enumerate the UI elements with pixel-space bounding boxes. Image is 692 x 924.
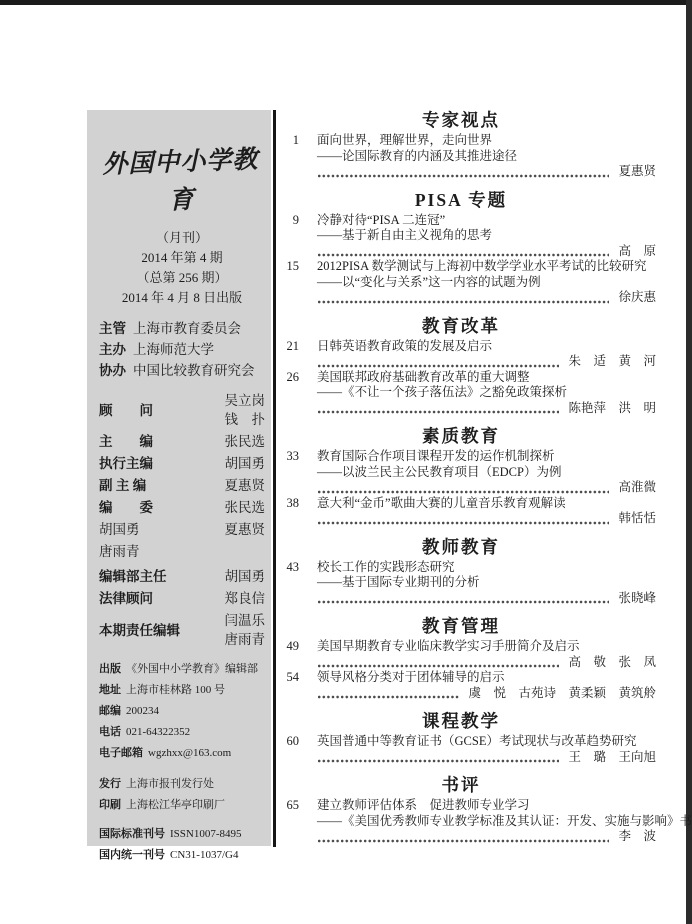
staff-name: 吴立岗	[225, 391, 266, 410]
toc-item: 49美国早期教育专业临床教学实习手册简介及启示高 敬 张 凤	[286, 639, 682, 670]
toc-section-heading: 素质教育	[286, 427, 636, 446]
staff-name: 胡国勇	[225, 454, 266, 473]
staff-names: 胡国勇	[225, 454, 266, 473]
toc-page-number: 33	[286, 449, 299, 465]
staff-names: 夏惠贤	[225, 476, 266, 495]
organizer-label: 协办	[99, 360, 126, 381]
dotted-leader	[318, 294, 609, 304]
organizer-row: 协办中国比较教育研究会	[99, 360, 265, 381]
publishing-row-label: 电子邮箱	[99, 743, 143, 764]
toc-author-row: 徐庆惠	[317, 290, 682, 306]
toc-page-number: 38	[286, 496, 299, 512]
toc-item: 9冷静对待“PISA 二连冠”——基于新自由主义视角的思考高 原	[286, 213, 682, 260]
toc-page-number: 60	[286, 734, 299, 750]
staff-name: 钱 扑	[225, 410, 266, 429]
staff-names: 闫温乐唐雨青	[225, 611, 266, 649]
toc-section: 专家视点1面向世界，理解世界，走向世界——论国际教育的内涵及其推进途径夏惠贤	[286, 111, 682, 180]
toc-item-authors: 陈艳萍 洪 明	[568, 401, 656, 417]
staff-list: 顾 问吴立岗钱 扑主 编张民选执行主编胡国勇副 主 编夏惠贤编 委张民选胡国勇夏…	[99, 391, 265, 649]
publishing-list: 出版《外国中小学教育》编辑部地址上海市桂林路 100 号邮编200234电话02…	[99, 659, 265, 764]
toc-section-heading: 书评	[286, 776, 636, 795]
toc-item: 152012PISA 数学测试与上海初中数学学业水平考试的比较研究——以“变化与…	[286, 259, 682, 306]
journal-title-calligraphy: 外国中小学教育	[98, 141, 265, 223]
staff-name: 闫温乐	[225, 611, 266, 630]
toc-author-row: 虞 悦 古苑诗 黄柔颖 黄筑舲	[317, 686, 682, 702]
organizer-row: 主管上海市教育委员会	[99, 318, 265, 339]
dotted-leader	[318, 404, 559, 414]
staff-name: 张民选	[225, 432, 266, 451]
staff-name: 夏惠贤	[225, 520, 266, 539]
toc-section-heading: 专家视点	[286, 111, 636, 130]
staff-names: 张民选	[225, 498, 266, 517]
publishing-row-value: 上海市桂林路 100 号	[126, 680, 225, 701]
toc-item-subtitle: ——《不让一个孩子落伍法》之豁免政策探析	[317, 385, 682, 401]
toc-page-number: 43	[286, 560, 299, 576]
toc-author-row: 张晓峰	[317, 591, 682, 607]
staff-role-label: 编辑部主任	[99, 567, 167, 586]
toc-author-row: 高 原	[317, 244, 682, 260]
toc-item-title: 英国普通中等教育证书（GCSE）考试现状与改革趋势研究	[317, 734, 682, 750]
distribution-row-value: 上海松江华亭印刷厂	[126, 795, 225, 816]
staff-row: 主 编张民选	[99, 432, 265, 451]
publishing-row: 电话021-64322352	[99, 722, 265, 743]
toc-item-authors: 徐庆惠	[618, 290, 656, 306]
toc-author-row: 王 璐 王向旭	[317, 750, 682, 766]
toc-item-title: 教育国际合作项目课程开发的运作机制探析	[317, 449, 682, 465]
staff-role-label: 胡国勇	[99, 520, 140, 539]
staff-row: 编辑部主任胡国勇	[99, 567, 265, 586]
toc-item-subtitle: ——以波兰民主公民教育项目（EDCP）为例	[317, 465, 682, 481]
table-of-contents: 专家视点1面向世界，理解世界，走向世界——论国际教育的内涵及其推进途径夏惠贤PI…	[286, 111, 682, 845]
staff-row: 唐雨青	[99, 542, 265, 561]
toc-author-row: 韩恬恬	[317, 511, 682, 527]
toc-author-row: 夏惠贤	[317, 164, 682, 180]
toc-item-authors: 张晓峰	[618, 591, 656, 607]
toc-item-authors: 李 波	[618, 829, 656, 845]
staff-row: 编 委张民选	[99, 498, 265, 517]
distribution-row-label: 印刷	[99, 795, 121, 816]
toc-item-subtitle: ——基于国际专业期刊的分析	[317, 575, 682, 591]
organizer-value: 上海师范大学	[133, 339, 214, 360]
staff-names: 张民选	[225, 432, 266, 451]
distribution-row-label: 发行	[99, 774, 121, 795]
staff-name: 郑良信	[225, 589, 266, 608]
toc-item: 21日韩英语教育政策的发展及启示朱 适 黄 河	[286, 339, 682, 370]
toc-item-title: 美国联邦政府基础教育改革的重大调整	[317, 370, 682, 386]
toc-item-subtitle: ——《美国优秀教师专业教学标准及其认证：开发、实施与影响》书评	[317, 814, 682, 830]
publishing-row-value: 200234	[126, 701, 159, 722]
dotted-leader	[318, 594, 609, 604]
organizer-value: 上海市教育委员会	[133, 318, 241, 339]
page-right-border	[686, 0, 692, 924]
toc-item-title: 领导风格分类对于团体辅导的启示	[317, 670, 682, 686]
staff-name: 张民选	[225, 498, 266, 517]
toc-author-row: 陈艳萍 洪 明	[317, 401, 682, 417]
toc-item-authors: 虞 悦 古苑诗 黄柔颖 黄筑舲	[468, 686, 656, 702]
toc-item-authors: 王 璐 王向旭	[568, 750, 656, 766]
serial-number-row-label: 国内统一刊号	[99, 845, 165, 866]
serial-number-row: 国际标准刊号ISSN1007-8495	[99, 824, 265, 845]
toc-item: 38意大利“金币”歌曲大赛的儿童音乐教育观解读韩恬恬	[286, 496, 682, 527]
organizer-row: 主办上海师范大学	[99, 339, 265, 360]
toc-section-heading: 课程教学	[286, 712, 636, 731]
toc-item-title: 意大利“金币”歌曲大赛的儿童音乐教育观解读	[317, 496, 682, 512]
issue-info: （月刊） 2014 年第 4 期 （总第 256 期） 2014 年 4 月 8…	[99, 228, 265, 308]
toc-item: 65建立教师评估体系 促进教师专业学习——《美国优秀教师专业教学标准及其认证：开…	[286, 798, 682, 845]
toc-author-row: 李 波	[317, 829, 682, 845]
publishing-row: 邮编200234	[99, 701, 265, 722]
toc-page-number: 21	[286, 339, 299, 355]
organizer-label: 主办	[99, 339, 126, 360]
distribution-row: 发行上海市报刊发行处	[99, 774, 265, 795]
toc-section: 教育改革21日韩英语教育政策的发展及启示朱 适 黄 河26美国联邦政府基础教育改…	[286, 317, 682, 417]
publishing-row: 出版《外国中小学教育》编辑部	[99, 659, 265, 680]
dotted-leader	[318, 689, 459, 699]
dotted-leader	[318, 484, 609, 494]
organizer-label: 主管	[99, 318, 126, 339]
issue-number: 2014 年第 4 期	[99, 248, 265, 268]
staff-role-label: 顾 问	[99, 401, 153, 420]
toc-item: 43校长工作的实践形态研究——基于国际专业期刊的分析张晓峰	[286, 560, 682, 607]
staff-names: 夏惠贤	[225, 520, 266, 539]
staff-role-label: 编 委	[99, 498, 153, 517]
publishing-row: 地址上海市桂林路 100 号	[99, 680, 265, 701]
toc-page-number: 15	[286, 259, 299, 275]
toc-item-subtitle: ——基于新自由主义视角的思考	[317, 228, 682, 244]
toc-section-heading: PISA 专题	[286, 191, 636, 210]
toc-item: 1面向世界，理解世界，走向世界——论国际教育的内涵及其推进途径夏惠贤	[286, 133, 682, 180]
publishing-row: 电子邮箱wgzhxx@163.com	[99, 743, 265, 764]
dotted-leader	[318, 168, 609, 178]
publishing-row-label: 邮编	[99, 701, 121, 722]
toc-section: 课程教学60英国普通中等教育证书（GCSE）考试现状与改革趋势研究王 璐 王向旭	[286, 712, 682, 765]
toc-item-title: 建立教师评估体系 促进教师专业学习	[317, 798, 682, 814]
dotted-leader	[318, 515, 609, 525]
publishing-row-value: 《外国中小学教育》编辑部	[126, 659, 258, 680]
serial-number-row-value: ISSN1007-8495	[170, 824, 242, 845]
dotted-leader	[318, 247, 609, 257]
publishing-row-value: wgzhxx@163.com	[148, 743, 231, 764]
toc-page-number: 54	[286, 670, 299, 686]
distribution-list: 发行上海市报刊发行处印刷上海松江华亭印刷厂	[99, 774, 265, 816]
toc-section: 书评65建立教师评估体系 促进教师专业学习——《美国优秀教师专业教学标准及其认证…	[286, 776, 682, 845]
toc-section: 教育管理49美国早期教育专业临床教学实习手册简介及启示高 敬 张 凤54领导风格…	[286, 617, 682, 701]
toc-item-authors: 高 敬 张 凤	[568, 655, 656, 671]
toc-section: 素质教育33教育国际合作项目课程开发的运作机制探析——以波兰民主公民教育项目（E…	[286, 427, 682, 527]
toc-author-row: 高淮微	[317, 480, 682, 496]
toc-item-title: 日韩英语教育政策的发展及启示	[317, 339, 682, 355]
publishing-row-label: 出版	[99, 659, 121, 680]
toc-page-number: 1	[286, 133, 299, 149]
toc-item: 54领导风格分类对于团体辅导的启示虞 悦 古苑诗 黄柔颖 黄筑舲	[286, 670, 682, 701]
staff-row: 执行主编胡国勇	[99, 454, 265, 473]
serial-number-list: 国际标准刊号ISSN1007-8495国内统一刊号CN31-1037/G4	[99, 824, 265, 866]
journal-contents-page: { "page": { "top_border_color": "#1b1b1b…	[0, 0, 692, 924]
organizer-value: 中国比较教育研究会	[133, 360, 255, 381]
toc-author-row: 朱 适 黄 河	[317, 354, 682, 370]
dotted-leader	[318, 753, 559, 763]
staff-name: 唐雨青	[225, 630, 266, 649]
toc-item-authors: 高淮微	[618, 480, 656, 496]
toc-item: 26美国联邦政府基础教育改革的重大调整——《不让一个孩子落伍法》之豁免政策探析陈…	[286, 370, 682, 417]
toc-page-number: 65	[286, 798, 299, 814]
serial-number-row-value: CN31-1037/G4	[170, 845, 238, 866]
toc-item-title: 校长工作的实践形态研究	[317, 560, 682, 576]
toc-item-authors: 朱 适 黄 河	[568, 354, 656, 370]
toc-item-authors: 韩恬恬	[618, 511, 656, 527]
publishing-row-label: 电话	[99, 722, 121, 743]
toc-item-title: 美国早期教育专业临床教学实习手册简介及启示	[317, 639, 682, 655]
distribution-row: 印刷上海松江华亭印刷厂	[99, 795, 265, 816]
dotted-leader	[318, 658, 559, 668]
toc-page-number: 26	[286, 370, 299, 386]
toc-section: 教师教育43校长工作的实践形态研究——基于国际专业期刊的分析张晓峰	[286, 538, 682, 607]
toc-author-row: 高 敬 张 凤	[317, 655, 682, 671]
publication-date: 2014 年 4 月 8 日出版	[99, 288, 265, 308]
dotted-leader	[318, 358, 559, 368]
publishing-row-label: 地址	[99, 680, 121, 701]
toc-item-title: 面向世界，理解世界，走向世界	[317, 133, 682, 149]
cumulative-number: （总第 256 期）	[99, 268, 265, 288]
organizer-list: 主管上海市教育委员会主办上海师范大学协办中国比较教育研究会	[99, 318, 265, 381]
staff-row: 胡国勇夏惠贤	[99, 520, 265, 539]
staff-role-label: 执行主编	[99, 454, 153, 473]
masthead-panel: 外国中小学教育 （月刊） 2014 年第 4 期 （总第 256 期） 2014…	[87, 110, 271, 846]
staff-names: 胡国勇	[225, 567, 266, 586]
toc-section-heading: 教师教育	[286, 538, 636, 557]
staff-row: 顾 问吴立岗钱 扑	[99, 391, 265, 429]
staff-name: 胡国勇	[225, 567, 266, 586]
toc-page-number: 49	[286, 639, 299, 655]
toc-item-subtitle: ——论国际教育的内涵及其推进途径	[317, 149, 682, 165]
distribution-row-value: 上海市报刊发行处	[126, 774, 214, 795]
toc-item-authors: 高 原	[618, 244, 656, 260]
staff-row: 本期责任编辑闫温乐唐雨青	[99, 611, 265, 649]
staff-role-label: 副 主 编	[99, 476, 146, 495]
serial-number-row-label: 国际标准刊号	[99, 824, 165, 845]
toc-item-title: 冷静对待“PISA 二连冠”	[317, 213, 682, 229]
toc-section: PISA 专题9冷静对待“PISA 二连冠”——基于新自由主义视角的思考高 原1…	[286, 191, 682, 306]
staff-role-label: 法律顾问	[99, 589, 153, 608]
publishing-row-value: 021-64322352	[126, 722, 190, 743]
toc-item: 33教育国际合作项目课程开发的运作机制探析——以波兰民主公民教育项目（EDCP）…	[286, 449, 682, 496]
staff-names: 吴立岗钱 扑	[225, 391, 266, 429]
staff-role-label: 本期责任编辑	[99, 621, 180, 640]
staff-role-label: 主 编	[99, 432, 153, 451]
serial-number-row: 国内统一刊号CN31-1037/G4	[99, 845, 265, 866]
staff-row: 副 主 编夏惠贤	[99, 476, 265, 495]
toc-page-number: 9	[286, 213, 299, 229]
toc-item-title: 2012PISA 数学测试与上海初中数学学业水平考试的比较研究	[317, 259, 682, 275]
toc-item: 60英国普通中等教育证书（GCSE）考试现状与改革趋势研究王 璐 王向旭	[286, 734, 682, 765]
page-top-border	[0, 0, 692, 5]
staff-names: 郑良信	[225, 589, 266, 608]
toc-item-authors: 夏惠贤	[618, 164, 656, 180]
frequency-label: （月刊）	[99, 228, 265, 248]
vertical-divider-rule	[273, 110, 276, 847]
toc-section-heading: 教育改革	[286, 317, 636, 336]
staff-name: 夏惠贤	[225, 476, 266, 495]
toc-section-heading: 教育管理	[286, 617, 636, 636]
staff-role-label: 唐雨青	[99, 542, 140, 561]
dotted-leader	[318, 833, 609, 843]
toc-item-subtitle: ——以“变化与关系”这一内容的试题为例	[317, 275, 682, 291]
staff-row: 法律顾问郑良信	[99, 589, 265, 608]
